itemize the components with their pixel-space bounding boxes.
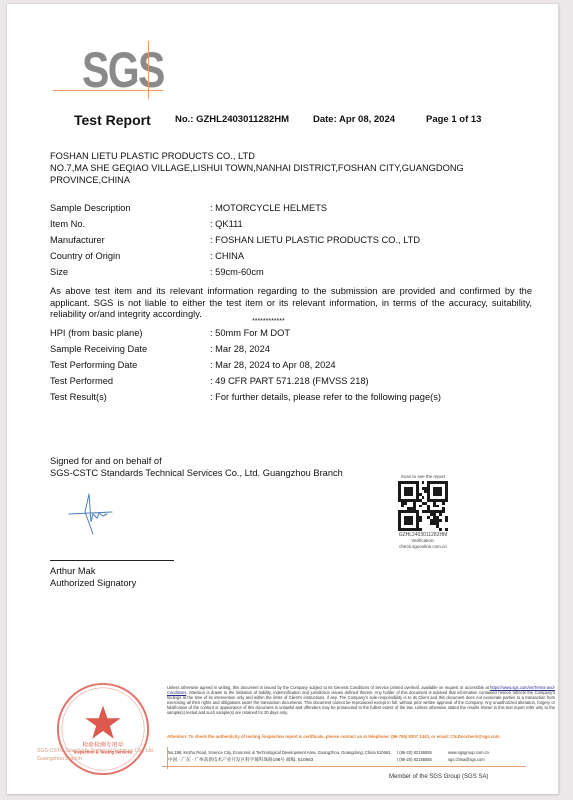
field-value: : QK111	[210, 219, 243, 229]
field-value: : CHINA	[210, 251, 244, 261]
signatory: Arthur Mak Authorized Signatory	[50, 565, 136, 589]
field-value: : Mar 28, 2024 to Apr 08, 2024	[210, 360, 336, 370]
terms-of-service-text: Unless otherwise agreed in writing, this…	[167, 686, 555, 715]
separator-stars: ************	[252, 318, 285, 325]
address-en: No.198, Kezhu Road, Science City, Econom…	[168, 750, 390, 755]
report-number: No.: GZHL2403011282HM	[175, 114, 289, 125]
qr-verification-url[interactable]: check.sgsonline.com.cn	[383, 544, 463, 550]
client-name: FOSHAN LIETU PLASTIC PRODUCTS CO., LTD	[50, 150, 464, 162]
telephone-1: t (86-20) 82155555	[397, 750, 432, 755]
field-label: Country of Origin	[50, 251, 120, 261]
seal-bottom-text: SGS-CSTC Standards Technical Services Co…	[37, 747, 154, 763]
report-title: Test Report	[74, 112, 151, 128]
applicant-disclaimer: As above test item and its relevant info…	[50, 286, 532, 321]
field-label: Sample Receiving Date	[50, 344, 147, 354]
field-label: Manufacturer	[50, 235, 105, 245]
signed-line1: Signed for and on behalf of	[50, 455, 343, 467]
website-link[interactable]: www.sgsgroup.com.cn	[448, 750, 489, 755]
address-cn: 中国 · 广东 · 广州高新技术产业开发区科学城科珠路198号 邮编: 5106…	[168, 757, 313, 762]
field-label: Item No.	[50, 219, 85, 229]
qr-caption: Scan to see the report	[383, 474, 463, 480]
field-value: : FOSHAN LIETU PLASTIC PRODUCTS CO., LTD	[210, 235, 420, 245]
client-address-line1: NO.7,MA SHE GEQIAO VILLAGE,LISHUI TOWN,N…	[50, 162, 464, 174]
footer-address-en-row: No.198, Kezhu Road, Science City, Econom…	[168, 750, 390, 755]
qr-code-icon[interactable]	[398, 481, 448, 531]
signatory-name: Arthur Mak	[50, 565, 136, 577]
field-value: : MOTORCYCLE HELMETS	[210, 203, 327, 213]
field-value: : Mar 28, 2024	[210, 344, 270, 354]
logo-vertical-rule	[148, 41, 149, 99]
signature-line	[50, 560, 174, 561]
sgs-logo: SGS	[82, 44, 164, 96]
authenticity-attention: Attention: To check the authenticity of …	[167, 735, 557, 740]
report-page: SGS Test Report No.: GZHL2403011282HM Da…	[7, 4, 559, 795]
sgs-group-member: Member of the SGS Group (SGS SA)	[389, 774, 488, 780]
client-block: FOSHAN LIETU PLASTIC PRODUCTS CO., LTD N…	[50, 150, 464, 186]
signatory-title: Authorized Signatory	[50, 577, 136, 589]
email-link[interactable]: sgs.china@sgs.com	[448, 757, 485, 762]
field-label: Test Performed	[50, 376, 113, 386]
field-value: : 59cm-60cm	[210, 267, 264, 277]
field-label: Test Performing Date	[50, 360, 137, 370]
seal-bottom-line2: Guangzhou Branch	[37, 755, 154, 763]
signed-on-behalf: Signed for and on behalf of SGS-CSTC Sta…	[50, 455, 343, 479]
footer-address-cn-row: 中国 · 广东 · 广州高新技术产业开发区科学城科珠路198号 邮编: 5106…	[168, 757, 313, 763]
company-seal-icon: 检验检测专用章 Inspection & Testing Services	[54, 680, 152, 778]
field-label: HPI (from basic plane)	[50, 328, 142, 338]
field-value: : 49 CFR PART 571.218 (FMVSS 218)	[210, 376, 369, 386]
field-label: Size	[50, 267, 68, 277]
field-label: Sample Description	[50, 203, 131, 213]
terms-text-part2: . Attention is drawn to the limitation o…	[167, 690, 555, 715]
field-value: : 50mm For M DOT	[210, 328, 290, 338]
footer-horizontal-rule	[162, 766, 526, 767]
qr-verification: Scan to see the report GZHL2403011282HM …	[383, 474, 463, 550]
seal-bottom-line1: SGS-CSTC Standards Technical Services Co…	[37, 747, 154, 755]
logo-horizontal-rule	[53, 90, 163, 91]
signature-scribble-icon	[67, 492, 117, 540]
signed-line2: SGS-CSTC Standards Technical Services Co…	[50, 467, 343, 479]
field-value: : For further details, please refer to t…	[210, 392, 441, 402]
client-address-line2: PROVINCE,CHINA	[50, 174, 464, 186]
report-date: Date: Apr 08, 2024	[313, 114, 395, 125]
telephone-2: t (86-20) 82155555	[397, 757, 432, 762]
page-indicator: Page 1 of 13	[426, 114, 481, 125]
field-label: Test Result(s)	[50, 392, 107, 402]
